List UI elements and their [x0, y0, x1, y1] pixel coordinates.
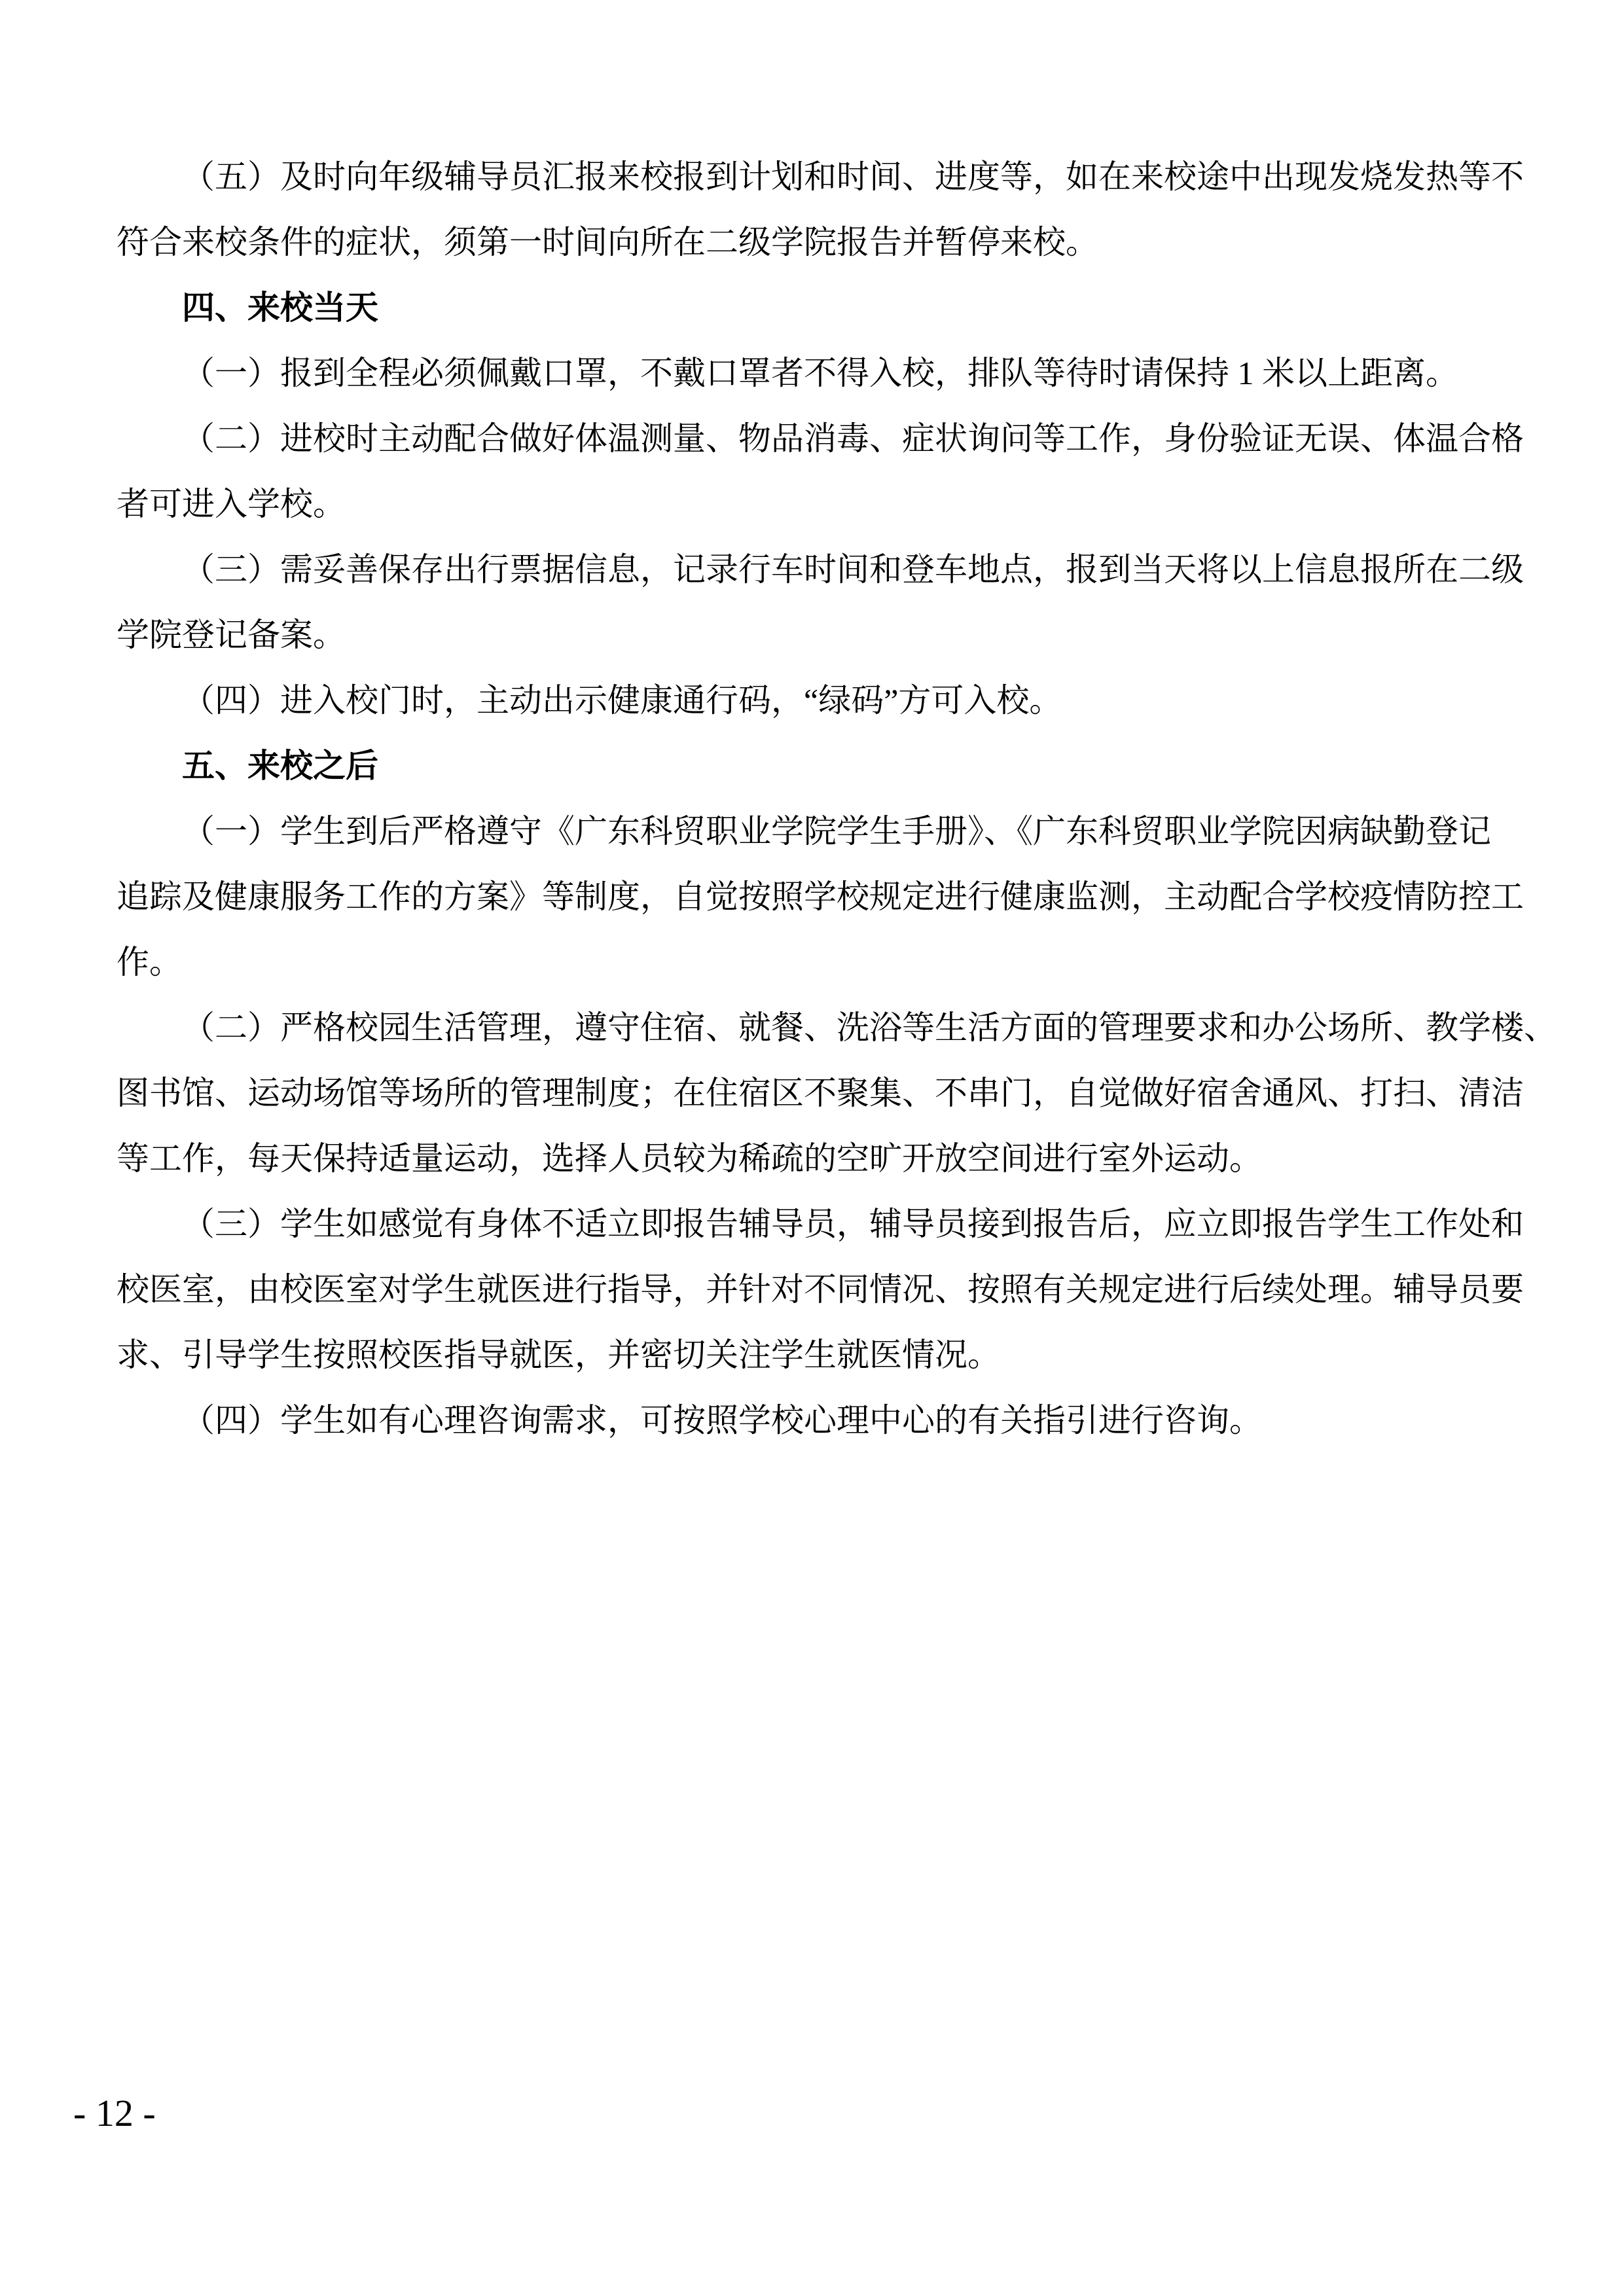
text-line: （一）学生到后严格遵守《广东科贸职业学院学生手册》、《广东科贸职业学院因病缺勤登…	[117, 798, 1524, 864]
text-line: 追踪及健康服务工作的方案》等制度，自觉按照学校规定进行健康监测，主动配合学校疫情…	[117, 864, 1524, 929]
text-line: 者可进入学校。	[117, 471, 1524, 537]
text-line: （二）进校时主动配合做好体温测量、物品消毒、症状询问等工作，身份验证无误、体温合…	[117, 406, 1524, 471]
text-line: 校医室，由校医室对学生就医进行指导，并针对不同情况、按照有关规定进行后续处理。辅…	[117, 1257, 1524, 1322]
text-line: （二）严格校园生活管理，遵守住宿、就餐、洗浴等生活方面的管理要求和办公场所、教学…	[117, 995, 1524, 1060]
paragraph-entry-check: （二）进校时主动配合做好体温测量、物品消毒、症状询问等工作，身份验证无误、体温合…	[117, 406, 1524, 537]
section-heading: 五、来校之后	[117, 733, 1524, 798]
text-line: 求、引导学生按照校医指导就医，并密切关注学生就医情况。	[117, 1322, 1524, 1388]
document-body: （五）及时向年级辅导员汇报来校报到计划和时间、进度等，如在来校途中出现发烧发热等…	[117, 144, 1524, 1453]
text-line: （五）及时向年级辅导员汇报来校报到计划和时间、进度等，如在来校途中出现发烧发热等…	[117, 144, 1524, 209]
section-heading: 四、来校当天	[117, 275, 1524, 340]
text-line: 符合来校条件的症状，须第一时间向所在二级学院报告并暂停来校。	[117, 209, 1524, 275]
paragraph-illness-report: （三）学生如感觉有身体不适立即报告辅导员，辅导员接到报告后，应立即报告学生工作处…	[117, 1191, 1524, 1388]
paragraph-campus-life: （二）严格校园生活管理，遵守住宿、就餐、洗浴等生活方面的管理要求和办公场所、教学…	[117, 995, 1524, 1191]
page-number: - 12 -	[73, 2094, 156, 2132]
section-heading-after-arrival: 五、来校之后	[117, 733, 1524, 798]
document-page: （五）及时向年级辅导员汇报来校报到计划和时间、进度等，如在来校途中出现发烧发热等…	[0, 0, 1624, 2296]
paragraph-ticket-records: （三）需妥善保存出行票据信息，记录行车时间和登车地点，报到当天将以上信息报所在二…	[117, 537, 1524, 668]
paragraph-notify-counselor: （五）及时向年级辅导员汇报来校报到计划和时间、进度等，如在来校途中出现发烧发热等…	[117, 144, 1524, 275]
section-heading-arrival-day: 四、来校当天	[117, 275, 1524, 340]
text-line: 等工作，每天保持适量运动，选择人员较为稀疏的空旷开放空间进行室外运动。	[117, 1126, 1524, 1191]
paragraph-rules-compliance: （一）学生到后严格遵守《广东科贸职业学院学生手册》、《广东科贸职业学院因病缺勤登…	[117, 798, 1524, 995]
text-line: 图书馆、运动场馆等场所的管理制度；在住宿区不聚集、不串门，自觉做好宿舍通风、打扫…	[117, 1060, 1524, 1126]
text-line: 作。	[117, 929, 1524, 995]
text-line: （四）学生如有心理咨询需求，可按照学校心理中心的有关指引进行咨询。	[117, 1388, 1524, 1453]
text-line: （四）进入校门时，主动出示健康通行码，“绿码”方可入校。	[117, 668, 1524, 733]
text-line: （三）学生如感觉有身体不适立即报告辅导员，辅导员接到报告后，应立即报告学生工作处…	[117, 1191, 1524, 1257]
text-line: （一）报到全程必须佩戴口罩，不戴口罩者不得入校，排队等待时请保持 1 米以上距离…	[117, 340, 1524, 406]
paragraph-mask-rule: （一）报到全程必须佩戴口罩，不戴口罩者不得入校，排队等待时请保持 1 米以上距离…	[117, 340, 1524, 406]
text-line: 学院登记备案。	[117, 602, 1524, 668]
paragraph-psych-counseling: （四）学生如有心理咨询需求，可按照学校心理中心的有关指引进行咨询。	[117, 1388, 1524, 1453]
paragraph-health-code: （四）进入校门时，主动出示健康通行码，“绿码”方可入校。	[117, 668, 1524, 733]
text-line: （三）需妥善保存出行票据信息，记录行车时间和登车地点，报到当天将以上信息报所在二…	[117, 537, 1524, 602]
